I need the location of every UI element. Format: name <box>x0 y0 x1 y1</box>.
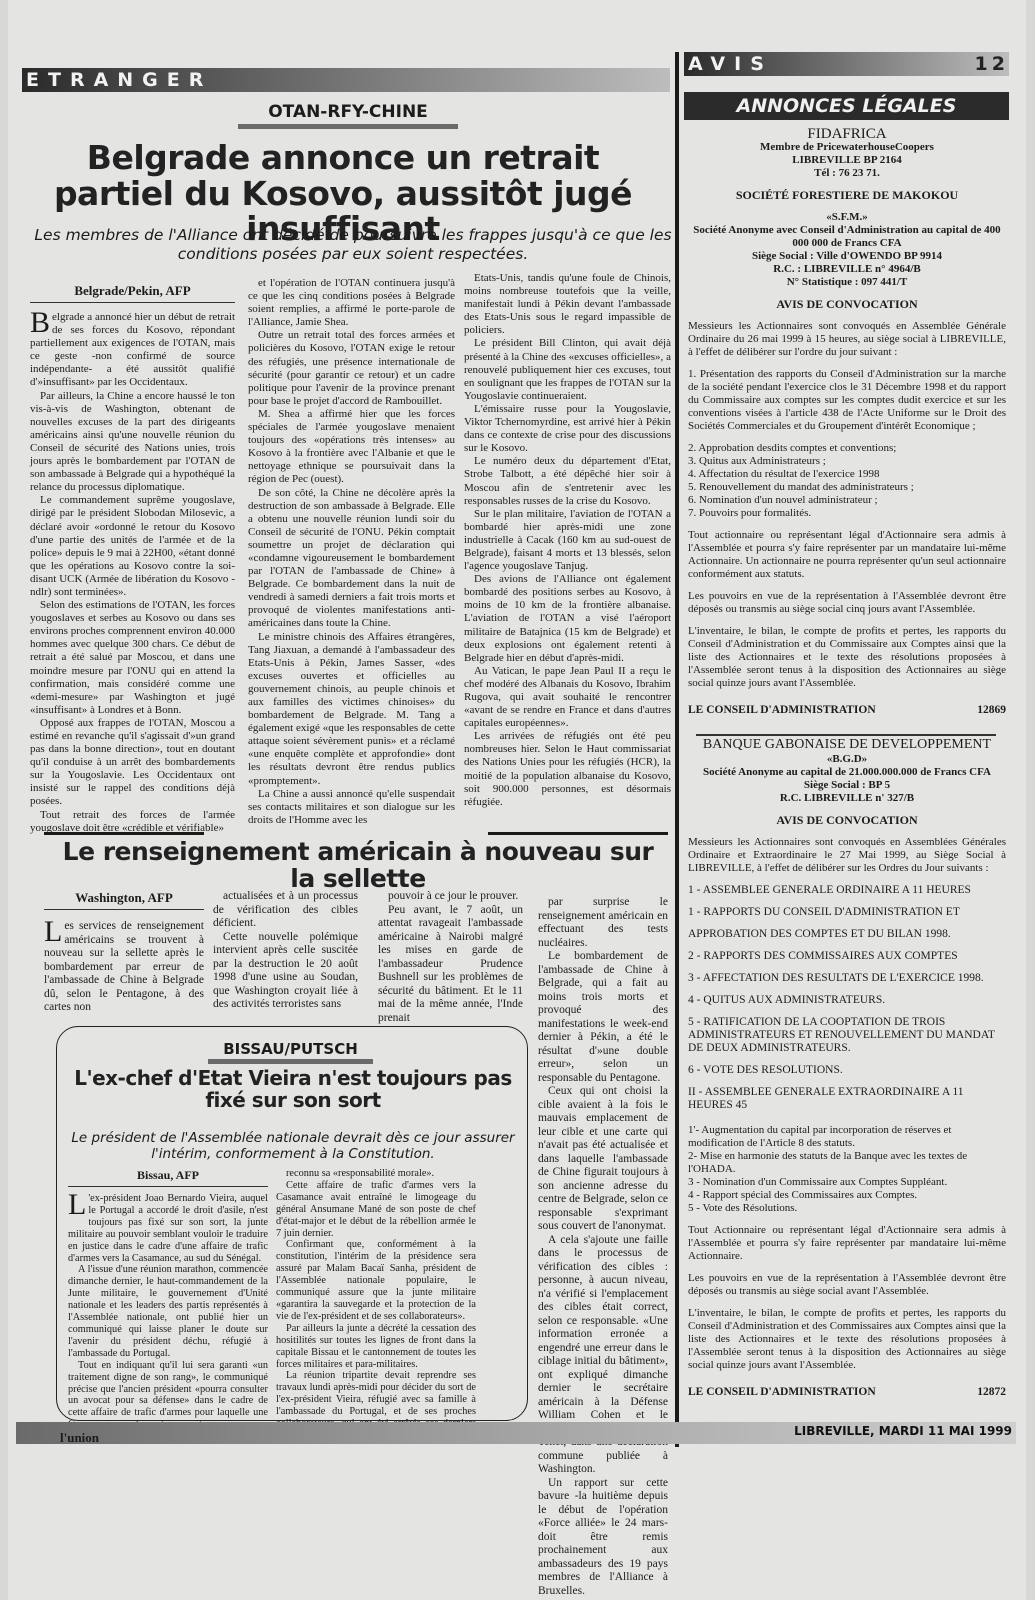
paragraph: Opposé aux frappes de l'OTAN, Moscou a e… <box>30 717 235 809</box>
paragraph: Cette affaire de trafic d'armes vers la … <box>276 1180 476 1240</box>
legal-paragraph: L'inventaire, le bilan, le compte de pro… <box>688 625 1006 690</box>
legal-paragraph: L'inventaire, le bilan, le compte de pro… <box>688 1307 1006 1372</box>
agenda-item: 5 - Vote des Résolutions. <box>688 1202 1006 1215</box>
legal-notice-sfm: FIDAFRICA Membre de PricewaterhouseCoope… <box>688 128 1006 717</box>
paragraph: Des avions de l'Alliance ont également b… <box>464 573 671 665</box>
agenda-item: 3 - AFFECTATION DES RESULTATS DE L'EXERC… <box>688 972 1006 985</box>
paragraph: Le numéro deux du département d'Etat, St… <box>464 455 671 507</box>
agenda-item: 5 - RATIFICATION DE LA COOPTATION DE TRO… <box>688 1016 1006 1055</box>
paragraph: Au Vatican, le pape Jean Paul II a reçu … <box>464 665 671 730</box>
section-label: AVIS <box>688 52 773 76</box>
legal-paragraph: Les pouvoirs en vue de la représentation… <box>688 590 1006 616</box>
article1-deck: Les membres de l'Alliance ont décidé de … <box>28 226 678 264</box>
article1-kicker: OTAN-RFY-CHINE <box>238 102 458 129</box>
article2-col-3: pouvoir à ce jour le prouver.Peu avant, … <box>378 890 523 1025</box>
article1-col-3: Etats-Unis, tandis qu'une foule de Chino… <box>464 272 671 809</box>
notice-ref: 12872 <box>977 1386 1006 1399</box>
agenda-item: 4 - Rapport spécial des Commissaires aux… <box>688 1189 1006 1202</box>
article3-headline: L'ex-chef d'Etat Vieira n'est toujours p… <box>68 1068 518 1111</box>
dateline-footer: LIBREVILLE, MARDI 11 MAI 1999 <box>794 1424 1012 1438</box>
agenda-item: 2- Mise en harmonie des statuts de la Ba… <box>688 1150 1006 1176</box>
legal-paragraph: Tout actionnaire ou représentant légal d… <box>688 529 1006 581</box>
newspaper-page: ETRANGER AVIS 12 OTAN-RFY-CHINE Belgrade… <box>8 0 1026 1600</box>
paragraph: Tout retrait des forces de l'armée yougo… <box>30 809 235 835</box>
agenda-item: 1 - ASSEMBLEE GENERALE ORDINAIRE A 11 HE… <box>688 884 1006 897</box>
paragraph: Outre un retrait total des forces armées… <box>248 329 455 408</box>
article1-col-2: et l'opération de l'OTAN continuera jusq… <box>248 277 455 827</box>
agenda-item: 6 - VOTE DES RESOLUTIONS. <box>688 1064 1006 1077</box>
paragraph: M. Shea a affirmé hier que les forces sp… <box>248 408 455 487</box>
paragraph: pouvoir à ce jour le prouver. <box>378 890 523 904</box>
article3-byline: Bissau, AFP <box>68 1168 268 1187</box>
page-number: 12 <box>975 52 1009 76</box>
article2-col-4: par surprise le renseignement américain … <box>538 896 668 1598</box>
paragraph: Etats-Unis, tandis qu'une foule de Chino… <box>464 272 671 337</box>
agenda-item: 3 - Nomination d'un Commissaire aux Comp… <box>688 1176 1006 1189</box>
paragraph: Un rapport sur cette bavure -la huitième… <box>538 1477 668 1599</box>
paragraph: De son côté, la Chine ne décolère après … <box>248 487 455 631</box>
paragraph: reconnu sa «responsabilité morale». <box>276 1168 476 1180</box>
paragraph: Par ailleurs, la Chine a encore haussé l… <box>30 390 235 495</box>
notice-ref: 12869 <box>977 704 1006 717</box>
paragraph: L'émissaire russe pour la Yougoslavie, V… <box>464 403 671 455</box>
article2-headline: Le renseignement américain à nouveau sur… <box>48 838 668 892</box>
article2-col-1: Washington, AFP Les services de renseign… <box>44 890 204 1015</box>
agenda-item: 4 - QUITUS AUX ADMINISTRATEURS. <box>688 994 1006 1007</box>
paragraph: Peu avant, le 7 août, un attentat ravage… <box>378 904 523 1026</box>
agenda-item: 4. Affectation du résultat de l'exercice… <box>688 468 1006 481</box>
section-header-avis: AVIS 12 <box>684 52 1009 76</box>
paragraph: Le bombardement de l'ambassade de Chine … <box>538 950 668 1085</box>
agenda-item: 1 - RAPPORTS DU CONSEIL D'ADMINISTRATION… <box>688 906 1006 919</box>
article3-deck: Le président de l'Assemblée nationale de… <box>68 1130 518 1163</box>
drop-cap: L <box>68 1193 86 1217</box>
paragraph: Les arrivées de réfugiés ont été peu nom… <box>464 730 671 809</box>
legal-notice-bgd: BANQUE GABONAISE DE DEVELOPPEMENT «B.G.D… <box>688 738 1006 1399</box>
section-header-etranger: ETRANGER <box>22 68 670 92</box>
article3-kicker: BISSAU/PUTSCH <box>208 1040 373 1064</box>
signature: LE CONSEIL D'ADMINISTRATION <box>688 704 876 717</box>
agenda-item: 1'- Augmentation du capital par incorpor… <box>688 1124 1006 1150</box>
paragraph: Par ailleurs la junte a décrété la cessa… <box>276 1323 476 1371</box>
paragraph: A l'issue d'une réunion marathon, commen… <box>68 1264 268 1359</box>
masthead-footer: l'union <box>60 1430 99 1446</box>
article1-byline: Belgrade/Pekin, AFP <box>30 283 235 303</box>
article2-col-2: actualisées et à un processus de vérific… <box>213 890 358 1012</box>
article1-col-1: Belgrade/Pekin, AFP Belgrade a annoncé h… <box>30 283 235 835</box>
paragraph: Ceux qui ont choisi la cible avaient à l… <box>538 1085 668 1234</box>
article3-col-1: Bissau, AFP L'ex-président Joao Bernardo… <box>68 1168 268 1431</box>
article3-col-2: reconnu sa «responsabilité morale».Cette… <box>276 1168 476 1442</box>
paragraph: Sur le plan militaire, l'aviation de l'O… <box>464 508 671 573</box>
paragraph: Le commandement suprême yougoslave, diri… <box>30 494 235 599</box>
agenda-item: 2 - RAPPORTS DES COMMISSAIRES AUX COMPTE… <box>688 950 1006 963</box>
agenda-item: II - ASSEMBLEE GENERALE EXTRAORDINAIRE A… <box>688 1086 1006 1112</box>
paragraph: Tout en indiquant qu'il lui sera garanti… <box>68 1360 268 1431</box>
agenda-item: 5. Renouvellement du mandat des administ… <box>688 481 1006 494</box>
legal-paragraph: Les pouvoirs en vue de la représentation… <box>688 1272 1006 1298</box>
agenda-item: 2. Approbation desdits comptes et conven… <box>688 442 1006 455</box>
drop-cap: L <box>44 920 62 944</box>
agenda-item: 3. Quitus aux Administrateurs ; <box>688 455 1006 468</box>
paragraph: Cette nouvelle polémique intervient aprè… <box>213 931 358 1012</box>
paragraph: Confirmant que, conformément à la consti… <box>276 1239 476 1322</box>
paragraph: L'ex-président Joao Bernardo Vieira, auq… <box>68 1193 268 1264</box>
paragraph: actualisées et à un processus de vérific… <box>213 890 358 931</box>
paragraph: Selon des estimations de l'OTAN, les for… <box>30 599 235 717</box>
paragraph: Le ministre chinois des Affaires étrangè… <box>248 631 455 788</box>
drop-cap: B <box>30 311 50 335</box>
paragraph: La Chine a aussi annoncé qu'elle suspend… <box>248 788 455 827</box>
agenda-item: 7. Pouvoirs pour formalités. <box>688 507 1006 520</box>
paragraph: Le président Bill Clinton, qui avait déj… <box>464 337 671 402</box>
paragraph: et l'opération de l'OTAN continuera jusq… <box>248 277 455 329</box>
paragraph: par surprise le renseignement américain … <box>538 896 668 950</box>
paragraph: Les services de renseignement américains… <box>44 920 204 1015</box>
article2-byline: Washington, AFP <box>44 890 204 910</box>
legal-banner: ANNONCES LÉGALES <box>684 92 1009 120</box>
agenda-item: APPROBATION DES COMPTES ET DU BILAN 1998… <box>688 928 1006 941</box>
agenda-item: 6. Nomination d'un nouvel administrateur… <box>688 494 1006 507</box>
paragraph: Belgrade a annoncé hier un début de retr… <box>30 311 235 390</box>
legal-paragraph: Tout Actionnaire ou représentant légal d… <box>688 1224 1006 1263</box>
signature: LE CONSEIL D'ADMINISTRATION <box>688 1386 876 1399</box>
